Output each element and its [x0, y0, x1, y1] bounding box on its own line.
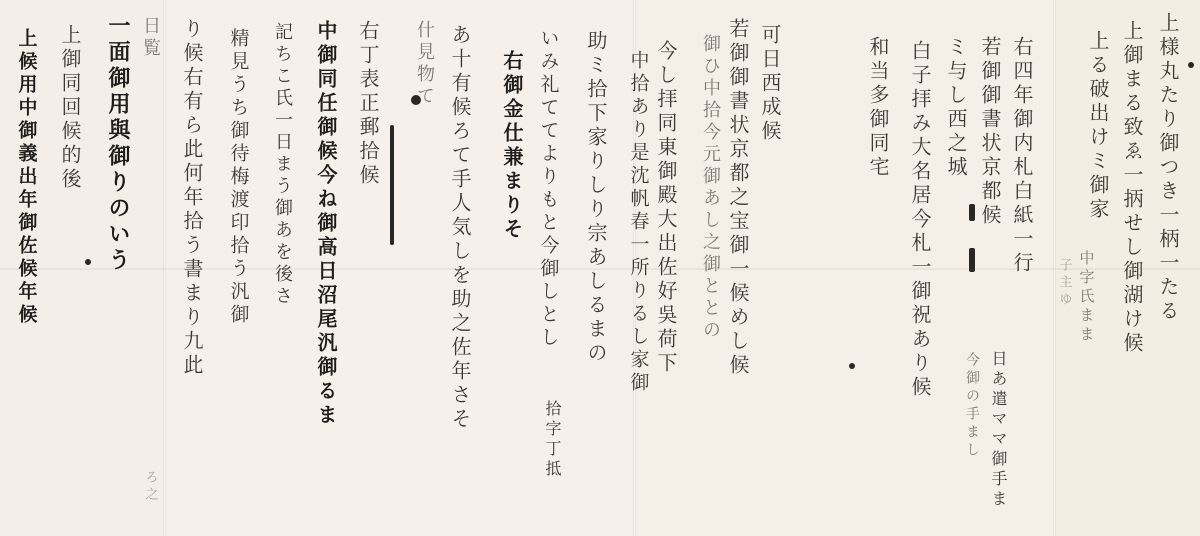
text-column: 若御御書状京都候 [980, 36, 1000, 228]
manuscript-scroll: 上様丸たり御つき一柄一たる上御まる致ゑ一抦せし御湖け候上る破出けミ御家中字氏まま… [0, 0, 1200, 536]
text-column: 記ちこ氏一日まう御あを後さ [273, 22, 291, 308]
ink-dot-mark [411, 95, 421, 105]
text-column: 上御同回候的後 [60, 24, 80, 192]
text-column: 上様丸たり御つき一柄一たる [1158, 12, 1178, 324]
text-column: 助ミ拾下家りしり宗あしるまの [586, 30, 606, 366]
ink-dot-mark [85, 259, 91, 265]
text-column: 和当多御同宅 [868, 36, 888, 180]
text-column: 拾字丁抵 [544, 400, 560, 480]
text-column: ミ与し西之城 [946, 36, 966, 180]
text-column: 日覧 [141, 16, 159, 60]
text-column: 中拾あり是沈帆春一所りるし家御 [629, 50, 648, 395]
text-column: あ十有候ろて手人気しを助之佐年さそ [450, 24, 470, 432]
text-column: 若御御書状京都之宝御一候めし候 [728, 18, 748, 378]
text-column: ろ之 [144, 470, 157, 504]
text-column: 一面御用與御りのいう [107, 14, 129, 274]
text-column: 今し拝同東御殿大出佐好吳荷下 [656, 40, 676, 376]
text-column: 中字氏まま [1079, 250, 1094, 345]
text-column: 上候用中御義出年御佐候年候 [17, 28, 36, 327]
ink-bar-mark [969, 248, 975, 272]
text-column: 右丁表正郵拾候 [358, 20, 378, 188]
text-column: 白子拝み大名居今札一御祝あり候 [910, 40, 930, 400]
text-column: 御ひ中拾今元御あし之御ととの [701, 34, 719, 342]
text-column: いみ礼ててよりもと今御しとし [539, 28, 558, 350]
ink-dot-mark [1188, 62, 1194, 68]
ink-stroke-mark [390, 125, 394, 245]
text-column: 精見うち御待梅渡印拾う汎御 [229, 28, 248, 327]
text-column: 上る破出けミ御家 [1088, 30, 1108, 222]
text-column: 右四年御内札白紙一行 [1012, 36, 1032, 276]
text-column: 中御同任御候今ね御高日沼尾汎御るま [316, 20, 336, 428]
text-column: 今御の手まし [965, 352, 979, 460]
ink-dot-mark [849, 363, 855, 369]
text-column: り候右有ら此何年拾う書まり九此 [182, 18, 202, 378]
ink-bar-mark [969, 204, 975, 221]
text-column: 右御金仕兼まりそ [502, 50, 522, 242]
text-column: 日あ遣ママ御手ま [990, 350, 1006, 510]
text-column: 上御まる致ゑ一抦せし御湖け候 [1122, 20, 1142, 356]
text-column: 可日西成候 [760, 24, 780, 144]
text-column: 子主ゆ [1058, 258, 1071, 309]
